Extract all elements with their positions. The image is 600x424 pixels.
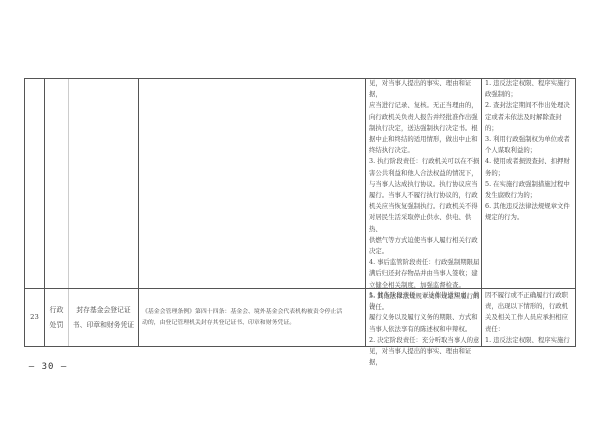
text-line: 因不履行或不正确履行行政职: [485, 290, 577, 301]
category-text: 行政: [50, 303, 64, 318]
text-line: 机关应当恢复强制执行。行政机关不得: [369, 201, 483, 212]
text-line: 应当进行记录、复核。无正当理由的，: [369, 100, 483, 111]
text-line: 个人谋取利益的；: [485, 145, 577, 156]
text-line: 履行。当事人不履行执行协议的，行政: [369, 190, 483, 201]
item-name-text: 书、印章和财务凭证: [73, 318, 134, 333]
category-text: 处罚: [50, 318, 64, 333]
text-line: 与当事人达成执行协议。执行协议应当: [369, 179, 483, 190]
text-line: 责，出现以下情形的，行政机: [485, 301, 577, 312]
text-line: 决定。: [369, 246, 483, 257]
text-line: 责任：: [485, 324, 577, 335]
text-line: 履行义务以及履行义务的期限、方式和: [369, 312, 483, 323]
column-divider: [365, 79, 366, 346]
text-line: 4. 使用或者损毁查封、扣押财: [485, 156, 577, 167]
text-line: 政强制的；: [485, 89, 577, 100]
text-line: 向行政机关负责人报告并经批准作出强: [369, 112, 483, 123]
text-line: 关及相关工作人员应承担相应: [485, 312, 577, 323]
accountability-cell: 因不履行或不正确履行行政职 责，出现以下情形的，行政机 关及相关工作人员应承担相…: [485, 290, 577, 346]
text-line: 见，对当事人提出的事实、理由和证据，: [369, 78, 483, 100]
continued-procedure-cell: 见，对当事人提出的事实、理由和证据， 应当进行记录、复核。无正当理由的， 向行政…: [369, 78, 483, 313]
text-line: 发生腐败行为的；: [485, 190, 577, 201]
row-number-cell: 23: [25, 289, 44, 347]
text-line: 1. 违反法定权限、程序实施行: [485, 335, 577, 346]
text-line: 定或者未依法及时解除查封: [485, 112, 577, 123]
text-line: 2. 决定阶段责任：充分听取当事人的意: [369, 335, 483, 346]
text-line: 5. 在实施行政强制措施过程中: [485, 179, 577, 190]
text-line: 4. 事后监管阶段责任：行政强制期限届: [369, 257, 483, 268]
text-line: 对居民生活采取停止供水、供电、供热、: [369, 212, 483, 234]
text-line: 2. 查封法定期间不作出处理决: [485, 100, 577, 111]
text-line: 满后归还封存物品并由当事人签收；建: [369, 268, 483, 279]
row-number: 23: [30, 312, 39, 323]
regulation-table: 见，对当事人提出的事实、理由和证据， 应当进行记录、复核。无正当理由的， 向行政…: [24, 78, 576, 347]
text-line: 3. 利用行政强制权为单位或者: [485, 134, 577, 145]
text-line: 见，对当事人提出的事实、理由和证据，: [369, 346, 483, 368]
text-line: 供燃气等方式迫使当事人履行相关行政: [369, 235, 483, 246]
text-line: 3. 执行阶段责任：行政机关可以在不损: [369, 156, 483, 167]
text-line: 1. 违反法定权限、程序实施行: [485, 78, 577, 89]
text-line: 1. 催告阶段责任：下达催告通知书，催告: [369, 290, 483, 312]
text-line: 据中止和终结的适用情形，做出中止和: [369, 134, 483, 145]
text-line: 的；: [485, 123, 577, 134]
page-number: — 30 —: [0, 362, 96, 372]
text-line: 制执行决定，送达强制执行决定书。根: [369, 123, 483, 134]
text-line: 动的，由登记管理机关封存其登记证书、印章和财务凭证。: [142, 318, 364, 329]
text-line: 规定的行为。: [485, 212, 577, 223]
text-line: 终结执行决定。: [369, 145, 483, 156]
text-line: 当事人依法享有的陈述权和申辩权。: [369, 324, 483, 335]
continued-accountability-cell: 1. 违反法定权限、程序实施行 政强制的； 2. 查封法定期间不作出处理决 定或…: [485, 78, 577, 224]
column-divider: [138, 79, 139, 346]
procedure-cell: 1. 催告阶段责任：下达催告通知书，催告 履行义务以及履行义务的期限、方式和 当…: [369, 290, 483, 368]
text-line: 务的；: [485, 168, 577, 179]
legal-basis-cell: 《基金会管理条例》第四十四条：基金会、境外基金会代表机构被责令停止活 动的，由登…: [142, 307, 364, 329]
text-line: 6. 其他违反法律法规规章文件: [485, 201, 577, 212]
item-name-cell: 封存基金会登记证 书、印章和财务凭证: [69, 289, 138, 347]
item-name-text: 封存基金会登记证: [76, 303, 130, 318]
category-cell: 行政 处罚: [45, 289, 68, 347]
text-line: 《基金会管理条例》第四十四条：基金会、境外基金会代表机构被责令停止活: [142, 307, 364, 318]
text-line: 害公共利益和他人合法权益的情况下，: [369, 168, 483, 179]
